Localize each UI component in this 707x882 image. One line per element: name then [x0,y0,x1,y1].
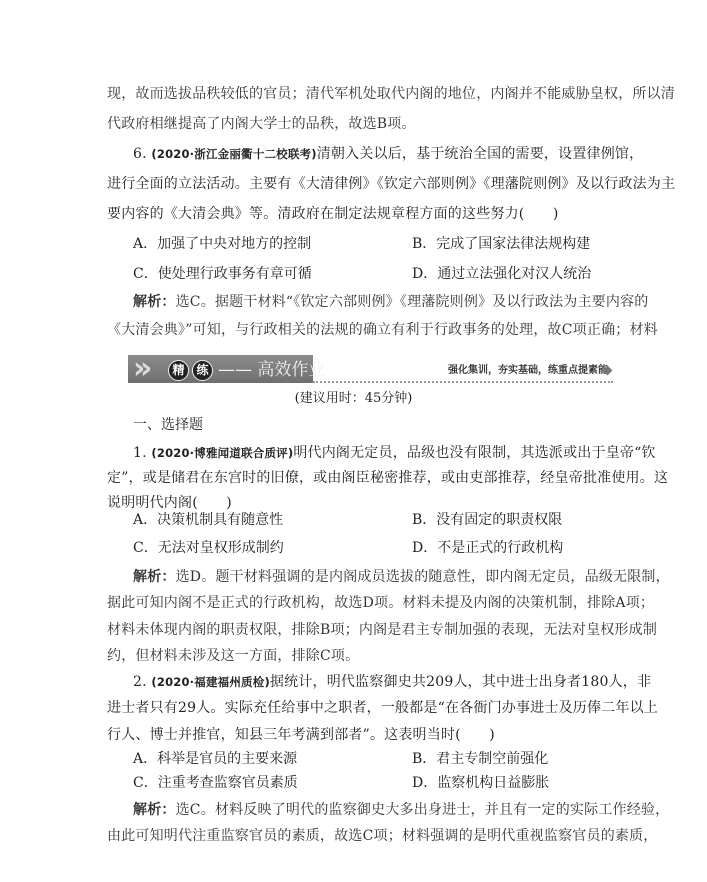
analysis-label: 解析： [133,569,176,585]
option-b: B．没有固定的职责权限 [412,510,562,530]
prev-analysis-line: 现，故而选拔品秩较低的官员；清代军机处取代内阁的地位，内阁并不能威胁皇权，所以清 [107,84,607,104]
option-c: C．使处理行政事务有章可循 [133,264,312,284]
question-source: (2020·浙江金丽衢十二校联考) [151,147,316,161]
question-6-stem-line: 要内容的《大清会典》等。清政府在制定法规章程方面的这些努力( ) [107,204,607,224]
option-b: B．君主专制空前强化 [412,749,548,769]
banner-title: —— 高效作业 [218,358,325,382]
suggested-time: (建议用时：45分钟) [0,389,707,409]
option-c: C．注重考查监察官员素质 [133,773,298,793]
divider [313,381,613,383]
option-d: D．监察机构日益膨胀 [412,773,549,793]
badge-lian: 练 [192,360,213,381]
question-2-stem-line: 2. (2020·福建福州质检)据统计，明代监察御史共209人，其中进士出身者1… [133,672,607,692]
analysis-line: 解析：选C。材料反映了明代的监察御史大多出身进士，并且有一定的实际工作经验， [133,800,607,820]
question-number: 6. [133,146,147,162]
prev-analysis-line: 代政府相继提高了内阁大学士的品秩，故选B项。 [107,114,607,134]
option-d: D．不是正式的行政机构 [412,538,563,558]
analysis-line: 解析：选D。题干材料强调的是内阁成员选拔的随意性，即内阁无定员，品级无限制， [133,567,607,587]
option-a: A．科举是官员的主要来源 [133,749,297,769]
question-number: 1. [133,445,147,461]
question-source: (2020·博雅闻道联合质评) [151,446,293,460]
question-source: (2020·福建福州质检) [151,675,270,689]
section-title: 一、选择题 [133,415,203,435]
option-c: C．无法对皇权形成制约 [133,538,284,558]
option-d: D．通过立法强化对汉人统治 [412,264,591,284]
banner-slogan: 强化集训，夯实基础，练重点提素能 [448,364,608,378]
question-6-stem-line: 进行全面的立法活动。主要有《大清律例》《钦定六部则例》《理藩院则例》及以行政法为… [107,174,607,194]
question-1-stem-line: 1. (2020·博雅闻道联合质评)明代内阁无定员，品级也没有限制，其选派或出于… [133,443,607,463]
option-a: A．加强了中央对地方的控制 [133,234,311,254]
analysis-label: 解析： [133,802,176,818]
option-a: A．决策机制具有随意性 [133,510,283,530]
chevron-icon: » [133,353,163,385]
question-1-stem-line: 定”，或是储君在东宫时的旧僚，或由阁臣秘密推荐，或由吏部推荐，经皇帝批准使用。这 [107,468,607,488]
analysis-line: 材料未体现内阁的职责权限，排除B项；内阁是君主专制加强的表现，无法对皇权形成制 [107,620,607,640]
option-b: B．完成了国家法律法规构建 [412,234,590,254]
question-2-stem-line: 进士者只有29人。实际充任给事中之职者，一般都是“在各衙门办事进士及历俸二年以上 [107,698,607,718]
question-number: 2. [133,674,147,690]
analysis-line: 据此可知内阁不是正式的行政机构，故选D项。材料未提及内阁的决策机制，排除A项； [107,593,607,613]
question-2-stem-line: 行人、博士并推官，知县三年考满到部者”。这表明当时( ) [107,725,607,745]
analysis-label: 解析： [133,294,176,310]
badge-jing: 精 [168,360,189,381]
analysis-line: 《大清会典》”可知，与行政相关的法规的确立有利于行政事务的处理，故C项正确；材料 [107,320,607,340]
analysis-line: 解析：选C。据题干材料“《钦定六部则例》《理藩院则例》及以行政法为主要内容的 [133,292,607,312]
question-6-stem-line: 6. (2020·浙江金丽衢十二校联考)清朝入关以后，基于统治全国的需要，设置律… [133,144,607,164]
analysis-line: 约，但材料未涉及这一方面，排除C项。 [107,646,607,666]
analysis-line: 由此可知明代注重监察官员的素质，故选C项；材料强调的是明代重视监察官员的素质， [107,826,607,846]
